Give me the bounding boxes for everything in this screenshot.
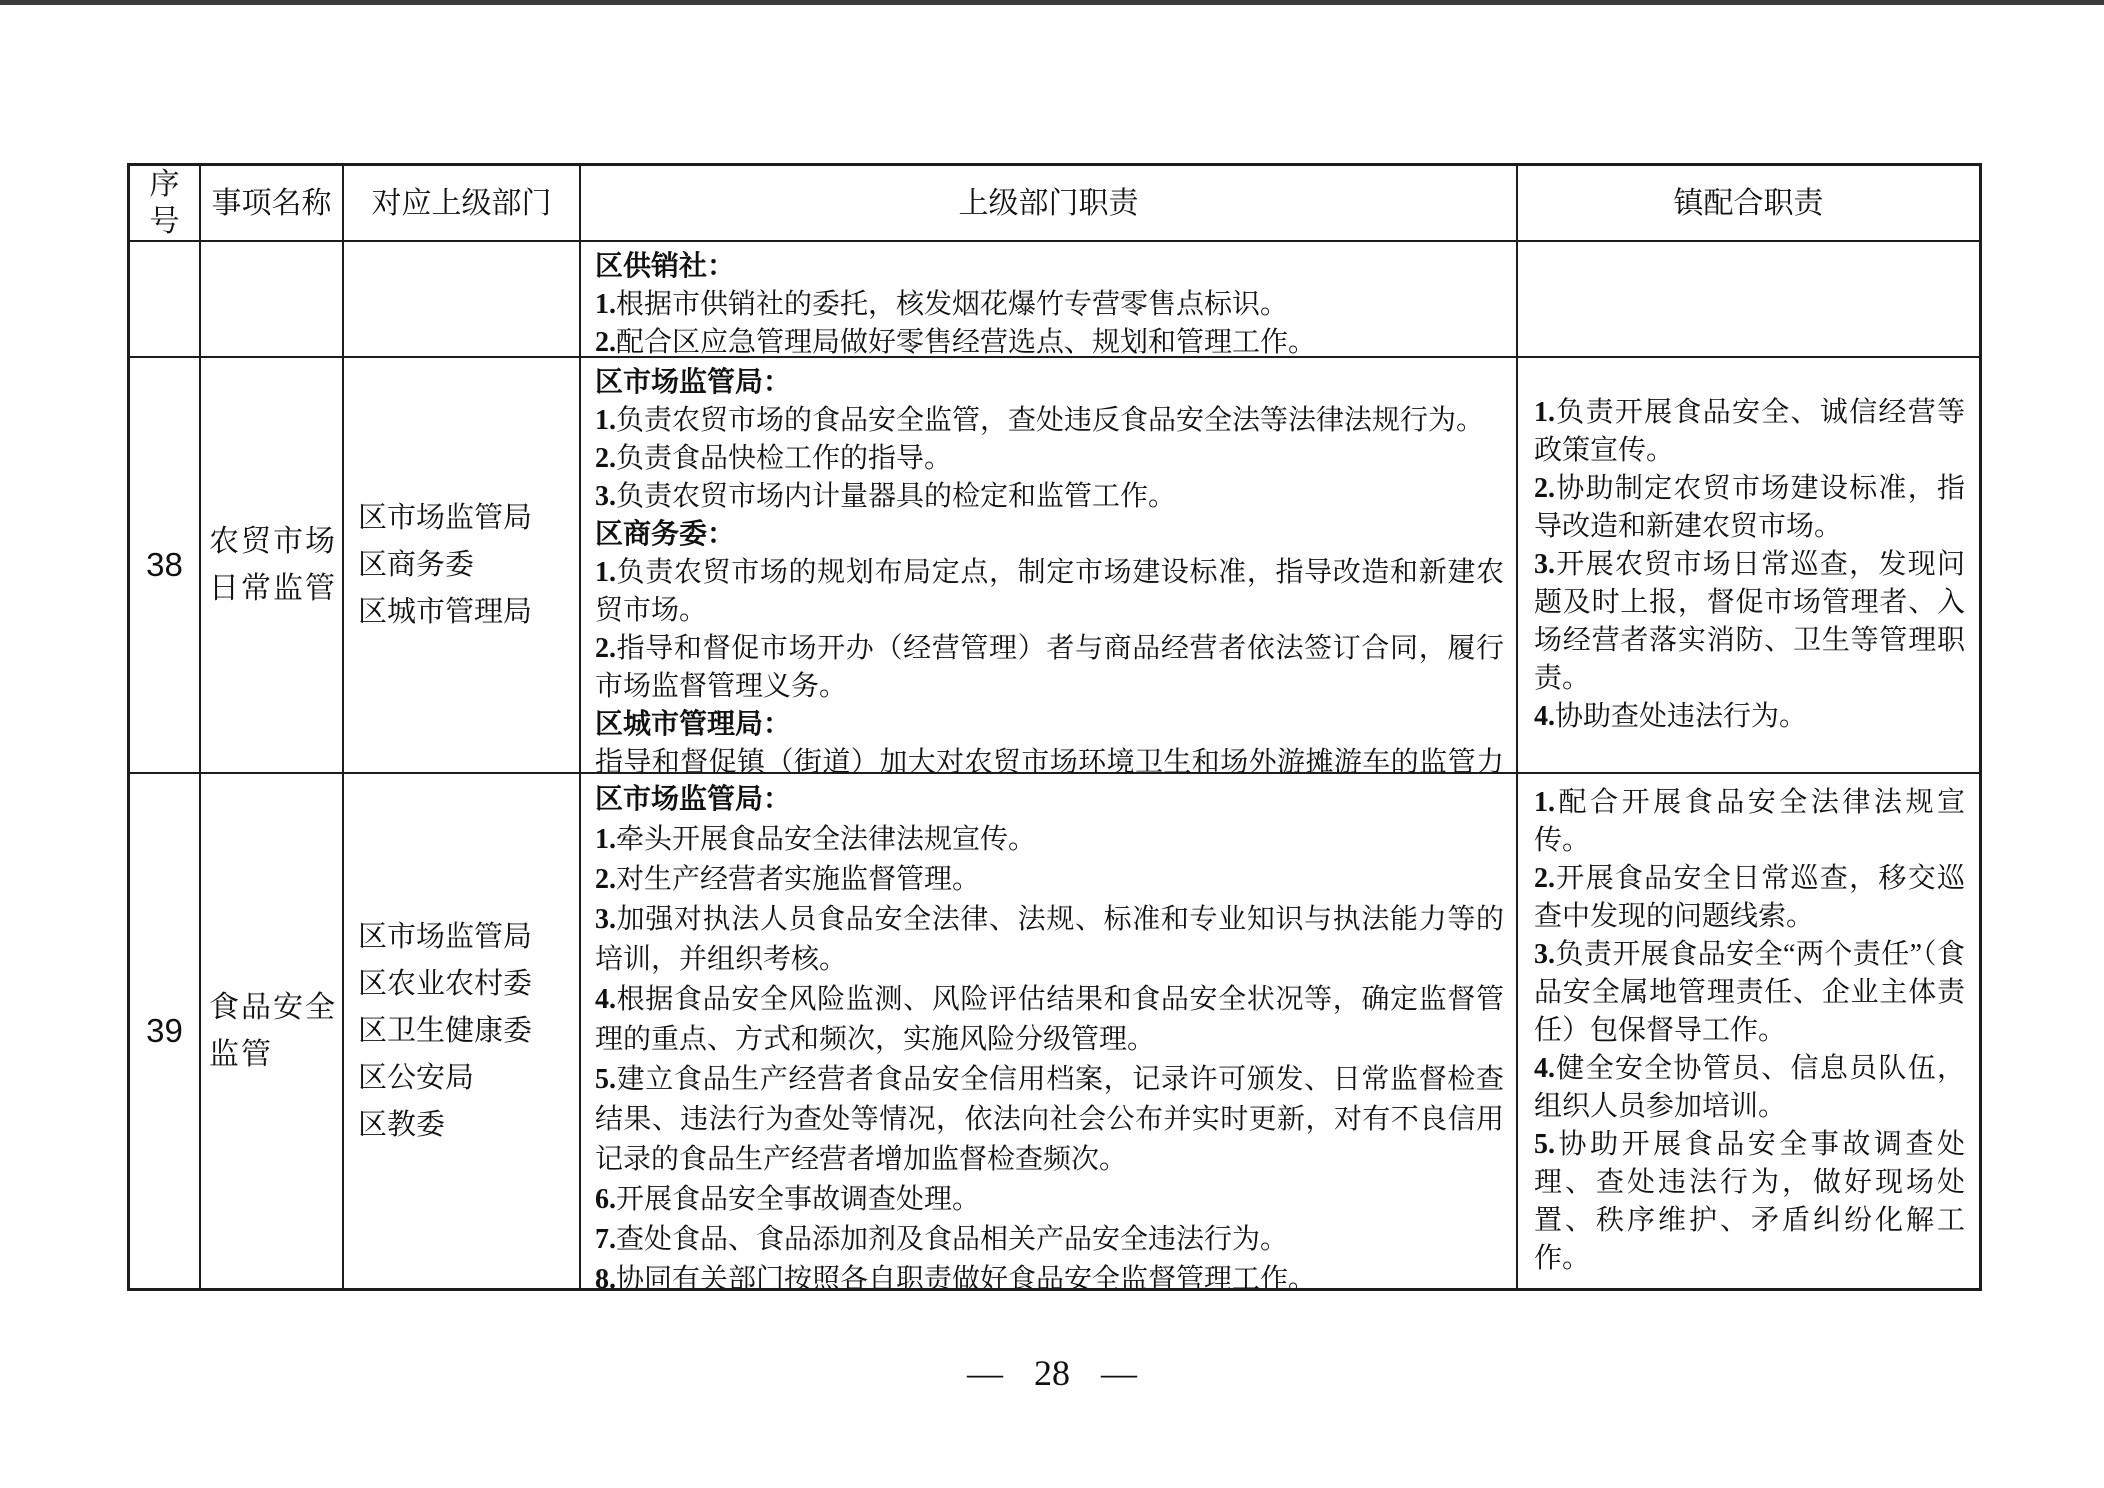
row-38-superior-duties-cell: 区市场监管局： 1.负责农贸市场的食品安全监管，查处违反食品安全法等法律法规行为… [581,358,1516,772]
department-name: 区商务委 [358,542,579,589]
duty-item: 1.负责开展食品安全、诚信经营等政策宣传。 [1534,394,1965,470]
department-heading: 区城市管理局： [595,706,1504,744]
row-cont-item-name-cell [201,242,342,356]
department-heading: 区市场监管局： [595,364,1504,402]
duty-item: 1.配合开展食品安全法律法规宣传。 [1534,784,1965,860]
row-38-item-name-cell: 农贸市场 日常监管 [201,358,342,772]
duty-item: 2.对生产经营者实施监督管理。 [595,860,1504,900]
responsibility-table: 序 号 事项名称 对应上级部门 上级部门职责 镇配合职责 区供销社： 1.根据市… [127,163,1982,1291]
duty-item: 1.负责农贸市场的规划布局定点，制定市场建设标准，指导改造和新建农贸市场。 [595,554,1504,630]
department-heading: 区商务委： [595,516,1504,554]
duty-item: 2.负责食品快检工作的指导。 [595,440,1504,478]
row-cont-town-duties-cell [1518,242,1979,356]
duty-item: 指导和督促镇（街道）加大对农贸市场环境卫生和场外游摊游车的监管力度，查处游摊游车… [595,744,1504,772]
duty-item: 4.协助查处违法行为。 [1534,698,1965,736]
duty-item: 2.配合区应急管理局做好零售经营选点、规划和管理工作。 [595,324,1504,356]
duty-item: 7.查处食品、食品添加剂及食品相关产品安全违法行为。 [595,1220,1504,1260]
header-cell-superior-duties: 上级部门职责 [581,166,1516,240]
duty-item: 3.开展农贸市场日常巡查，发现问题及时上报，督促市场管理者、入场经营者落实消防、… [1534,546,1965,698]
department-name: 区农业农村委 [358,961,579,1008]
row-cont-departments-cell [344,242,579,356]
duty-item: 4.根据食品安全风险监测、风险评估结果和食品安全状况等，确定监督管理的重点、方式… [595,980,1504,1060]
row-39-town-duties-cell: 1.配合开展食品安全法律法规宣传。 2.开展食品安全日常巡查，移交巡查中发现的问… [1518,774,1979,1288]
duty-item: 1.根据市供销社的委托，核发烟花爆竹专营零售点标识。 [595,286,1504,324]
row-cont-superior-duties-cell: 区供销社： 1.根据市供销社的委托，核发烟花爆竹专营零售点标识。 2.配合区应急… [581,242,1516,356]
page-number: — 28 — [0,1352,2104,1394]
row-38-departments-cell: 区市场监管局 区商务委 区城市管理局 [344,358,579,772]
header-cell-superior-department: 对应上级部门 [344,166,579,240]
row-cont-number-cell [130,242,199,356]
department-name: 区城市管理局 [358,589,579,636]
department-name: 区市场监管局 [358,914,579,961]
department-heading: 区市场监管局： [595,780,1504,820]
duty-item: 5.协助开展食品安全事故调查处理、查处违法行为，做好现场处置、秩序维护、矛盾纠纷… [1534,1126,1965,1278]
header-cell-town-duties: 镇配合职责 [1518,166,1979,240]
row-39-departments-cell: 区市场监管局 区农业农村委 区卫生健康委 区公安局 区教委 [344,774,579,1288]
duty-item: 1.负责农贸市场的食品安全监管，查处违反食品安全法等法律法规行为。 [595,402,1504,440]
duty-item: 5.建立食品生产经营者食品安全信用档案，记录许可颁发、日常监督检查结果、违法行为… [595,1060,1504,1180]
department-name: 区市场监管局 [358,495,579,542]
duty-item: 2.开展食品安全日常巡查，移交巡查中发现的问题线索。 [1534,860,1965,936]
duty-item: 3.负责农贸市场内计量器具的检定和监管工作。 [595,478,1504,516]
duty-item: 8.协同有关部门按照各自职责做好食品安全监督管理工作。 [595,1260,1504,1288]
row-38-number-cell: 38 [130,358,199,772]
document-page: 序 号 事项名称 对应上级部门 上级部门职责 镇配合职责 区供销社： 1.根据市… [0,0,2104,1488]
scan-edge-line [0,0,2104,5]
duty-item: 3.加强对执法人员食品安全法律、法规、标准和专业知识与执法能力等的培训，并组织考… [595,900,1504,980]
duty-item: 1.牵头开展食品安全法律法规宣传。 [595,820,1504,860]
header-cell-item-name: 事项名称 [201,166,342,240]
duty-item: 2.指导和督促市场开办（经营管理）者与商品经营者依法签订合同，履行市场监督管理义… [595,630,1504,706]
duty-item: 6.开展食品安全事故调查处理。 [595,1180,1504,1220]
department-name: 区卫生健康委 [358,1008,579,1055]
department-name: 区教委 [358,1102,579,1149]
duty-item: 3.负责开展食品安全“两个责任”（食品安全属地管理责任、企业主体责任）包保督导工… [1534,936,1965,1050]
header-cell-number: 序 号 [130,166,199,240]
department-name: 区公安局 [358,1055,579,1102]
row-39-number-cell: 39 [130,774,199,1288]
row-39-superior-duties-cell: 区市场监管局： 1.牵头开展食品安全法律法规宣传。 2.对生产经营者实施监督管理… [581,774,1516,1288]
duty-item: 2.协助制定农贸市场建设标准，指导改造和新建农贸市场。 [1534,470,1965,546]
department-heading: 区供销社： [595,248,1504,286]
row-38-town-duties-cell: 1.负责开展食品安全、诚信经营等政策宣传。 2.协助制定农贸市场建设标准，指导改… [1518,358,1979,772]
row-39-item-name-cell: 食品安全 监管 [201,774,342,1288]
duty-item: 4.健全安全协管员、信息员队伍，组织人员参加培训。 [1534,1050,1965,1126]
